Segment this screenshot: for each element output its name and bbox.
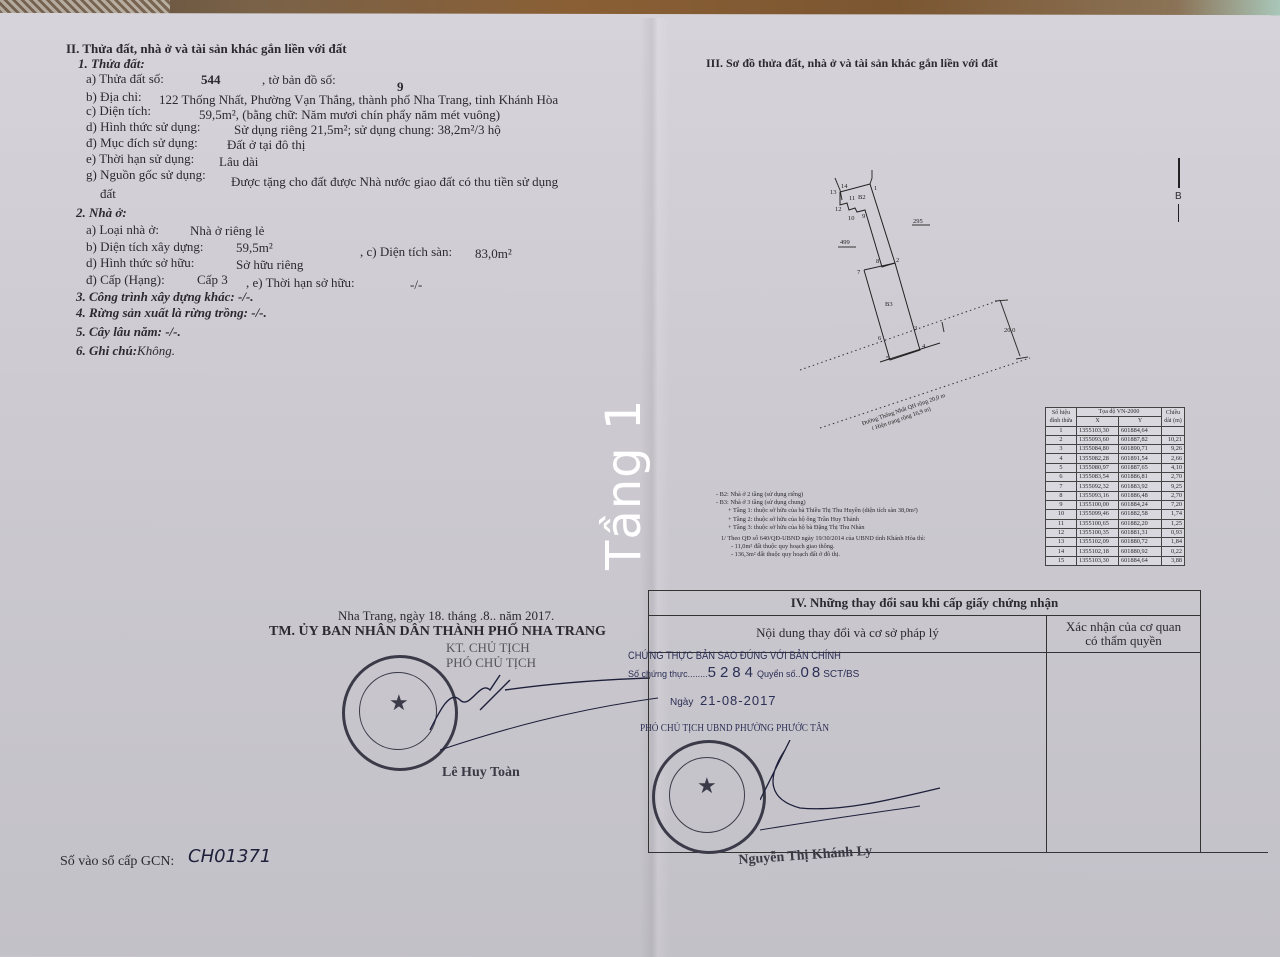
svg-text:1: 1 bbox=[874, 185, 877, 192]
coordinate-row: 21355093,60601887,8210,21 bbox=[1046, 435, 1185, 444]
col-point: Số hiệu đỉnh thửa bbox=[1046, 408, 1077, 427]
svg-text:5: 5 bbox=[886, 355, 889, 362]
certification-date-row: Ngày 21-08-2017 bbox=[670, 694, 777, 710]
north-arrow-icon bbox=[1178, 158, 1180, 188]
own-term-value: -/- bbox=[410, 278, 422, 292]
coordinate-row: 101355099,46601882,581,74 bbox=[1046, 510, 1185, 519]
coordinate-row: 81355093,16601886,482,70 bbox=[1046, 491, 1185, 500]
purpose-value: Đất ở tại đô thị bbox=[227, 138, 305, 152]
purpose-label: đ) Mục đích sử dụng: bbox=[86, 136, 198, 150]
address-value: 122 Thống Nhất, Phường Vạn Thắng, thành … bbox=[159, 93, 558, 107]
legend-line: - 136,3m² đất thuộc quy hoạch đất ở đô t… bbox=[716, 551, 926, 559]
section-iv-title: IV. Những thay đổi sau khi cấp giấy chứn… bbox=[649, 591, 1200, 616]
house-type-value: Nhà ở riêng lẻ bbox=[190, 224, 264, 238]
coordinate-row: 11355103,30601884,64 bbox=[1046, 426, 1185, 435]
signer-title-1: KT. CHỦ TỊCH bbox=[446, 641, 530, 655]
land-heading: 1. Thửa đất: bbox=[78, 57, 145, 71]
grade-label: đ) Cấp (Hạng): bbox=[86, 273, 165, 287]
legend-line: 1/ Theo QĐ số 640/QĐ-UBND ngày 19/30/201… bbox=[716, 535, 926, 543]
use-form-value: Sử dụng riêng 21,5m²; sử dụng chung: 38,… bbox=[234, 123, 501, 137]
legend-line: - B3: Nhà ở 3 tầng (sử dụng chung) bbox=[716, 499, 926, 507]
house-heading: 2. Nhà ở: bbox=[76, 206, 127, 220]
north-arrow-tail bbox=[1178, 204, 1179, 222]
coordinate-row: 31355084,80601890,719,26 bbox=[1046, 445, 1185, 454]
issue-date: Nha Trang, ngày 18. tháng .8.. năm 2017. bbox=[338, 609, 554, 623]
svg-text:3: 3 bbox=[914, 325, 917, 332]
term-value: Lâu dài bbox=[219, 155, 258, 169]
neighbor-parcel-left: 499 bbox=[840, 239, 850, 246]
signer-title-2: PHÓ CHỦ TỊCH bbox=[446, 656, 536, 670]
certification-date: 21-08-2017 bbox=[700, 693, 777, 708]
svg-text:2: 2 bbox=[896, 257, 899, 264]
confirmation-column-header: Xác nhận của cơ quan có thẩm quyền bbox=[1047, 616, 1200, 652]
coordinate-row: 61355083,54601886,812,70 bbox=[1046, 473, 1185, 482]
certification-number-row: Số chứng thực........5284Quyển số..08SCT… bbox=[628, 666, 859, 682]
map-sheet-label: , tờ bản đồ số: bbox=[262, 73, 336, 87]
svg-text:20,0: 20,0 bbox=[1004, 327, 1015, 334]
parcel-label: a) Thửa đất số: bbox=[86, 72, 164, 86]
use-form-label: d) Hình thức sử dụng: bbox=[86, 120, 200, 134]
signature-scribble-left bbox=[420, 670, 660, 770]
ownership-label: d) Hình thức sở hữu: bbox=[86, 256, 194, 270]
seal-star-icon: ★ bbox=[697, 773, 717, 799]
signer-name-left: Lê Huy Toàn bbox=[442, 766, 520, 780]
term-label: e) Thời hạn sử dụng: bbox=[86, 152, 194, 166]
other-construction: 3. Công trình xây dựng khác: -/-. bbox=[76, 290, 254, 304]
coordinate-row: 121355100,35601881,310,93 bbox=[1046, 528, 1185, 537]
svg-text:11: 11 bbox=[849, 195, 855, 202]
coordinate-row: 131355102,09601880,721,84 bbox=[1046, 538, 1185, 547]
coordinate-row: 141355102,18601880,920,22 bbox=[1046, 547, 1185, 556]
north-label: B bbox=[1175, 190, 1182, 204]
coordinate-row: 51355080,97601887,654,10 bbox=[1046, 463, 1185, 472]
origin-value: Được tặng cho đất được Nhà nước giao đất… bbox=[231, 175, 558, 189]
own-term-label: , e) Thời hạn sở hữu: bbox=[246, 276, 355, 290]
coordinate-row: 111355100,65601882,201,25 bbox=[1046, 519, 1185, 528]
parcel-number: 544 bbox=[201, 73, 221, 87]
origin-value-cont: đất bbox=[100, 187, 116, 201]
ownership-value: Sở hữu riêng bbox=[236, 258, 303, 272]
floor-area-label: , c) Diện tích sàn: bbox=[360, 245, 452, 259]
svg-text:7: 7 bbox=[857, 269, 861, 276]
official-seal-right: ★ bbox=[652, 740, 766, 854]
issuing-authority: TM. ỦY BAN NHÂN DÂN THÀNH PHỐ NHA TRANG bbox=[269, 625, 606, 639]
legend-line: + Tầng 2: thuộc sở hữu của hộ ông Trần H… bbox=[716, 516, 926, 524]
svg-text:4: 4 bbox=[922, 343, 926, 350]
certification-title: CHỨNG THỰC BẢN SAO ĐÚNG VỚI BẢN CHÍNH bbox=[628, 649, 841, 663]
road-label-1: Đường Thống Nhất QH rộng 20,0 m bbox=[861, 392, 947, 427]
svg-text:6: 6 bbox=[878, 335, 882, 342]
build-area-label: b) Diện tích xây dựng: bbox=[86, 240, 204, 254]
coordinate-row: 91355100,00601884,247,20 bbox=[1046, 500, 1185, 509]
certification-number: 5284 bbox=[708, 664, 757, 681]
note-row: 6. Ghi chú:Không. bbox=[76, 344, 175, 358]
floor-area-value: 83,0m² bbox=[475, 247, 512, 261]
note-label: 6. Ghi chú: bbox=[76, 343, 137, 358]
neighbor-parcel-right: 295 bbox=[913, 218, 923, 225]
svg-text:13: 13 bbox=[830, 189, 837, 196]
legend-line: + Tầng 3: thuộc sở hữu của hộ bà Đặng Th… bbox=[716, 524, 926, 532]
svg-text:9: 9 bbox=[862, 213, 865, 220]
production-forest: 4. Rừng sản xuất là rừng trồng: -/-. bbox=[76, 306, 267, 320]
col-length: Chiều dài (m) bbox=[1162, 408, 1185, 427]
col-y: Y bbox=[1119, 417, 1162, 426]
gcn-entry-value: CH01371 bbox=[188, 850, 271, 864]
signature-scribble-right bbox=[760, 740, 960, 840]
coordinate-row: 151355103,30601884,643,88 bbox=[1046, 556, 1185, 565]
certification-book: 08 bbox=[801, 664, 824, 681]
coordinate-table: Số hiệu đỉnh thửa Tọa độ VN-2000 Chiều d… bbox=[1045, 407, 1185, 566]
svg-text:B2: B2 bbox=[858, 194, 866, 201]
coordinate-row: 71355092,32601883,929,25 bbox=[1046, 482, 1185, 491]
house-type-label: a) Loại nhà ở: bbox=[86, 223, 159, 237]
col-x: X bbox=[1077, 417, 1119, 426]
gcn-entry-label: Số vào sổ cấp GCN: bbox=[60, 855, 174, 869]
coordinate-row: 41355082,28601891,542,66 bbox=[1046, 454, 1185, 463]
svg-text:B3: B3 bbox=[885, 301, 893, 308]
parcel-diagram: 499 295 B2 B3 20,0 1 2 3 4 5 6 7 8 9 10 … bbox=[790, 170, 1050, 430]
section-iii-title: III. Sơ đồ thửa đất, nhà ở và tài sản kh… bbox=[706, 56, 998, 70]
svg-text:8: 8 bbox=[876, 258, 879, 265]
origin-label: g) Nguồn gốc sử dụng: bbox=[86, 168, 206, 182]
seal-star-icon: ★ bbox=[389, 690, 409, 716]
address-label: b) Địa chỉ: bbox=[86, 90, 142, 104]
svg-text:12: 12 bbox=[835, 206, 842, 213]
changes-column-header: Nội dung thay đổi và cơ sở pháp lý bbox=[649, 616, 1047, 652]
area-label: c) Diện tích: bbox=[86, 104, 151, 118]
legend-line: + Tầng 1: thuộc sở hữu của bà Thiều Thị … bbox=[716, 507, 926, 515]
col-system: Tọa độ VN-2000 bbox=[1077, 408, 1162, 417]
build-area-value: 59,5m² bbox=[236, 241, 273, 255]
svg-text:14: 14 bbox=[841, 183, 848, 190]
legend-line: - 11,0m² đất thuộc quy hoạch giao thông. bbox=[716, 543, 926, 551]
area-value: 59,5m², (bằng chữ: Năm mươi chín phẩy nă… bbox=[199, 108, 500, 122]
floor-overlay-label: Tầng 1 bbox=[596, 399, 652, 570]
note-value: Không. bbox=[137, 343, 175, 358]
certification-signer-title: PHÓ CHỦ TỊCH UBND PHƯỜNG PHƯỚC TÂN bbox=[640, 722, 829, 736]
legend-line: - B2: Nhà ở 2 tầng (sử dụng riêng) bbox=[716, 491, 926, 499]
grade-value: Cấp 3 bbox=[197, 273, 228, 287]
svg-text:10: 10 bbox=[848, 215, 855, 222]
perennial-trees: 5. Cây lâu năm: -/-. bbox=[76, 325, 181, 339]
section-ii-title: II. Thửa đất, nhà ở và tài sản khác gắn … bbox=[66, 42, 347, 56]
diagram-legend: - B2: Nhà ở 2 tầng (sử dụng riêng) - B3:… bbox=[716, 491, 926, 560]
